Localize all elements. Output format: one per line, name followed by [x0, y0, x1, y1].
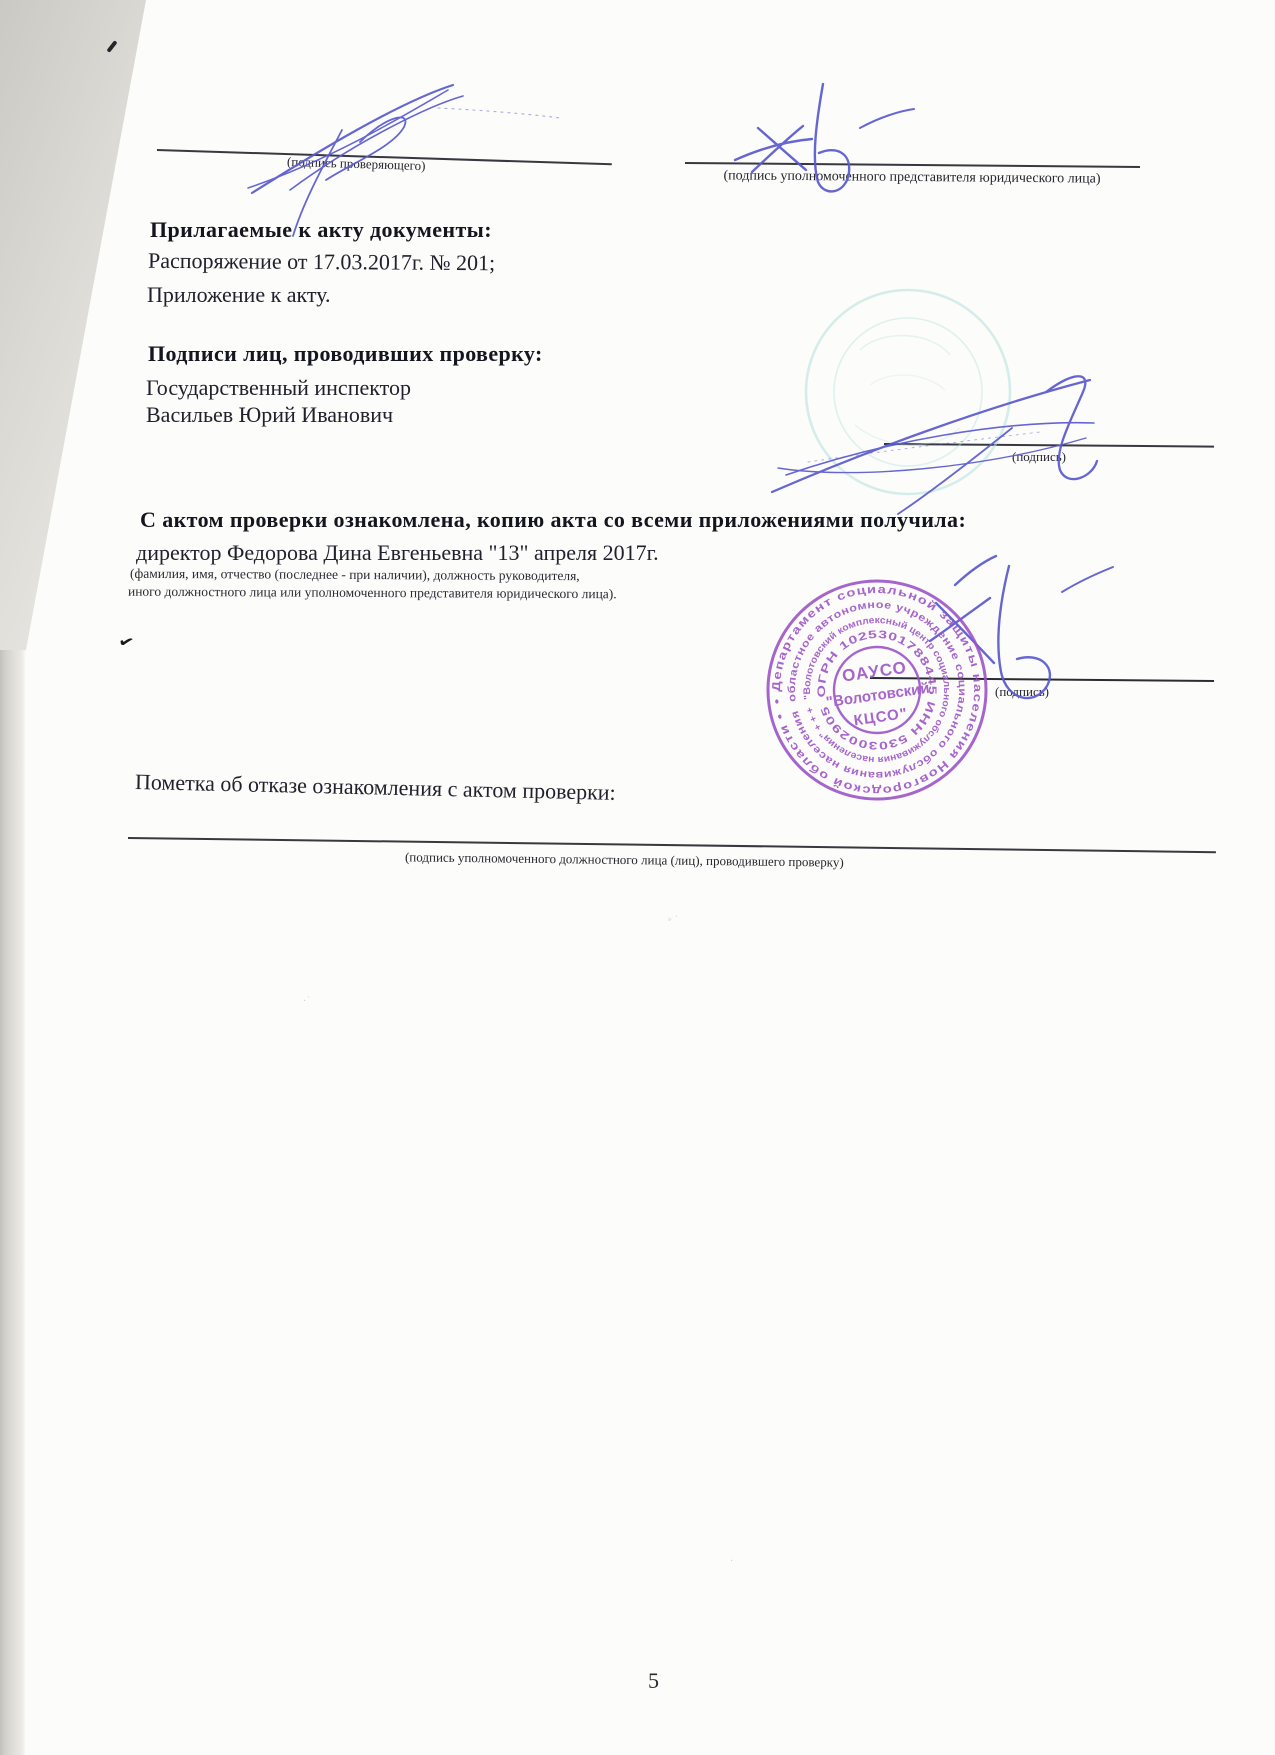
signature-caption-representative: (подпись уполномоченного представителя ю…	[687, 168, 1137, 188]
attachment-item: Распоряжение от 17.03.2017г. № 201;	[148, 248, 495, 276]
acknowledgement-note-line: иного должностного лица или уполномоченн…	[128, 584, 617, 603]
stamp-ring-texts: • Департамент социальной защиты населени…	[765, 578, 989, 802]
signature-caption-inspector: (подпись)	[1012, 449, 1066, 465]
official-round-stamp: • Департамент социальной защиты населени…	[765, 578, 989, 802]
signature-caption-inspector-top: (подпись проверяющего)	[287, 154, 426, 174]
refusal-heading: Пометка об отказе ознакомления с актом п…	[135, 769, 616, 806]
scanned-document-page: ✔ ᵥ˙ ·˙ · (подпись проверяющего) (подпис…	[0, 0, 1275, 1755]
smudge-artifact: ·˙	[303, 996, 311, 1007]
stamp-center-line2: "Волотовский	[825, 680, 931, 711]
inspector-name: Васильев Юрий Иванович	[146, 402, 393, 428]
smudge-artifact: ᵥ˙	[666, 913, 679, 927]
checkmark-artifact: ✔	[117, 632, 136, 653]
refusal-signature-caption: (подпись уполномоченного должностного ли…	[405, 849, 844, 870]
signature-caption-acknowledgement: (подпись)	[995, 684, 1049, 700]
attachments-heading: Прилагаемые к акту документы:	[150, 217, 492, 243]
acknowledgement-note-line: (фамилия, имя, отчество (последнее - при…	[130, 566, 580, 584]
inspector-position: Государственный инспектор	[146, 375, 411, 401]
refusal-signature-line	[128, 837, 1216, 853]
stamp-center-line1: ОАУСО	[841, 658, 908, 686]
acknowledgement-person: директор Федорова Дина Евгеньевна "13" а…	[136, 540, 659, 566]
signature-line-inspector	[884, 443, 1214, 448]
acknowledgement-heading: С актом проверки ознакомлена, копию акта…	[140, 507, 966, 533]
inspectors-heading: Подписи лиц, проводивших проверку:	[148, 341, 543, 367]
smudge-artifact: ·	[730, 1556, 733, 1567]
faint-teal-stamp	[806, 290, 1010, 494]
page-number: 5	[648, 1668, 659, 1694]
signature-line-representative	[685, 162, 1140, 168]
attachment-item: Приложение к акту.	[147, 282, 331, 308]
scan-corner-fold	[0, 0, 150, 650]
